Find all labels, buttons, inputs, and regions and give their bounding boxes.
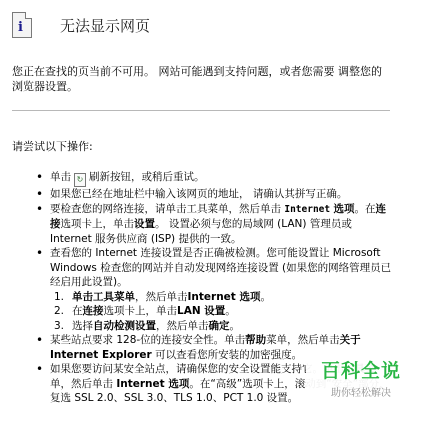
- refresh-icon: ↻: [74, 173, 86, 187]
- step-bold: LAN 设置: [177, 305, 225, 317]
- step-text: 可以查看您所安装的加密强度。: [152, 349, 302, 361]
- step-text: 选项卡上，单击: [61, 218, 135, 230]
- step-text: ，然后单击: [135, 291, 188, 303]
- sub-steps: 1.单击工具菜单，然后单击Internet 选项。 2.在连接选项卡上，单击LA…: [54, 290, 392, 334]
- page-header: i 无法显示网页: [12, 12, 150, 38]
- info-page-icon: i: [12, 12, 32, 38]
- list-item: 查看您的 Internet 连接设置是否正确被检测。您可能设置让 Microso…: [32, 246, 392, 333]
- step-bold: Internet 选项: [116, 378, 189, 390]
- step-text: 查看您的 Internet 连接设置是否正确被检测。您可能设置让 Microso…: [50, 247, 391, 288]
- step-number: 2.: [54, 304, 68, 319]
- step-bold: 帮助: [245, 334, 266, 346]
- step-bold: Internet: [284, 204, 330, 215]
- step-bold: 单击工具菜单: [72, 291, 135, 303]
- step-text: 要检查您的网络连接，请单击工具菜单，然后单击: [50, 203, 284, 215]
- step-text: 在: [72, 305, 83, 317]
- step-text: 如果您要访问某安全站点，请确保您的安全设置能支持它。单击: [50, 363, 344, 375]
- step-text: 菜单，然后单击: [266, 334, 340, 346]
- watermark-title: 百科全说: [306, 356, 416, 383]
- page-title: 无法显示网页: [60, 15, 150, 36]
- step-text: 。: [260, 291, 271, 303]
- step-text: 。: [230, 320, 241, 332]
- step-bold: Internet 选项: [188, 291, 261, 303]
- try-label: 请尝试以下操作:: [12, 138, 93, 154]
- step-text: 刷新按钮，或稍后重试。: [89, 171, 205, 183]
- step-text: 。在: [354, 203, 375, 215]
- intro-text: 您正在查找的页当前不可用。 网站可能遇到支持问题，或者您需要 调整您的浏览器设置…: [12, 64, 392, 94]
- step-bold: 连接: [83, 305, 104, 317]
- sub-step: 3.选择自动检测设置，然后单击确定。: [54, 319, 392, 334]
- step-bold: 设置: [134, 218, 155, 230]
- step-text: ，然后单击: [156, 320, 209, 332]
- step-text: 选择: [72, 320, 93, 332]
- step-text: 某些站点要求 128-位的连接安全性。单击: [50, 334, 245, 346]
- step-text: 单击: [50, 171, 71, 183]
- step-text: 如果您已经在地址栏中输入该网页的地址， 请确认其拼写正确。: [50, 188, 347, 200]
- step-bold: 选项: [333, 203, 354, 215]
- info-glyph: i: [18, 21, 23, 34]
- watermark: 百科全说 助你轻松解决: [306, 354, 416, 406]
- list-item: 要检查您的网络连接，请单击工具菜单，然后单击 Internet 选项。在连接选项…: [32, 202, 392, 247]
- step-number: 3.: [54, 319, 68, 334]
- list-item: 单击↻刷新按钮，或稍后重试。: [32, 170, 392, 187]
- step-bold: 确定: [209, 320, 230, 332]
- list-item: 如果您已经在地址栏中输入该网页的地址， 请确认其拼写正确。: [32, 187, 392, 202]
- step-bold: 自动检测设置: [93, 320, 156, 332]
- divider: [12, 110, 390, 111]
- step-text: 选项卡上，单击: [104, 305, 178, 317]
- step-number: 1.: [54, 290, 68, 305]
- sub-step: 2.在连接选项卡上，单击LAN 设置。: [54, 304, 392, 319]
- watermark-subtitle: 助你轻松解决: [306, 384, 416, 399]
- step-text: 。: [225, 305, 236, 317]
- sub-step: 1.单击工具菜单，然后单击Internet 选项。: [54, 290, 392, 305]
